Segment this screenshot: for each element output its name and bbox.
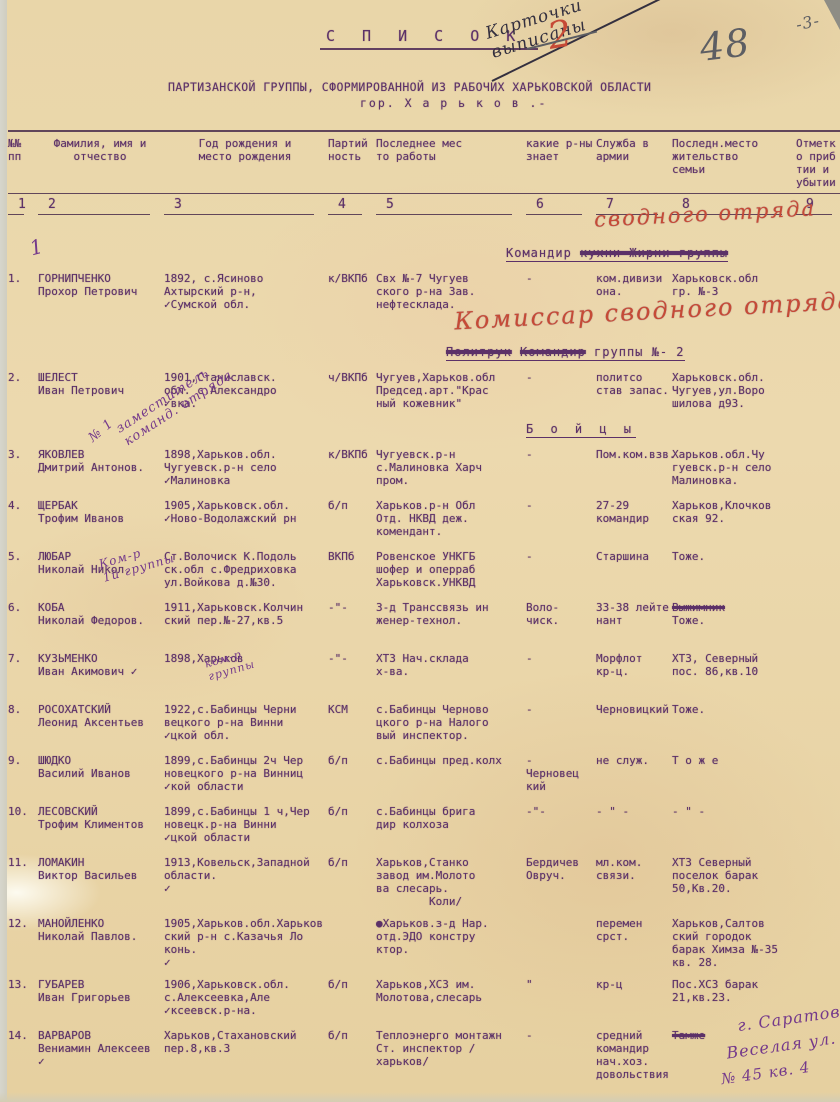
cell-col-4: к/ВКПб (328, 272, 376, 314)
cell-col-5: Харьков.р-н Обл Отд. НКВД деж. комендант… (376, 499, 526, 541)
cell-col-9 (796, 448, 840, 490)
cell-col-9 (796, 550, 840, 592)
table-row: 10.ЛЕСОВСКИЙ Трофим Климентов1899,с.Баби… (8, 805, 840, 847)
table-row: 8.РОСОХАТСКИЙ Леонид Аксентьев1922,с.Баб… (8, 703, 840, 745)
column-number-5: 5 (376, 195, 526, 216)
cell-col-3: 1922,с.Бабинцы Черни вецкого р-на Винни … (164, 703, 328, 745)
cell-col-4: б/п (328, 856, 376, 908)
scanned-document-page: С П И С О К ПАРТИЗАНСКОЙ ГРУППЫ, СФОРМИР… (0, 0, 840, 1102)
cell-col-3: 1913,Ковельск,Западной области. ✓ (164, 856, 328, 908)
column-header-5: Последнее мес то работы (376, 137, 526, 189)
cell-col-2: ЛЕСОВСКИЙ Трофим Климентов (38, 805, 164, 847)
cell-col-5: З-д Транссвязь ин женер-технол. (376, 601, 526, 643)
cell-col-3: 1911,Харьковск.Колчин ский пер.№-27,кв.5 (164, 601, 328, 643)
cell-col-9 (796, 1029, 840, 1081)
cell-col-7: - " - (596, 805, 672, 847)
cell-col-9 (796, 703, 840, 745)
cell-col-7: Морфлот кр-ц. (596, 652, 672, 694)
cell-col-4: б/п (328, 754, 376, 796)
section-heading: Б о й ц ы (526, 422, 840, 438)
cell-col-4 (328, 917, 376, 969)
cell-col-4: б/п (328, 1029, 376, 1081)
cell-col-2: ЛОМАКИН Виктор Васильев (38, 856, 164, 908)
column-header-8: Последн.место жительство семьи (672, 137, 796, 189)
column-number-4: 4 (328, 195, 376, 216)
table-row: 6.КОБА Николай Федоров.1911,Харьковск.Ко… (8, 601, 840, 643)
cell-col-6: - (526, 1029, 596, 1081)
cell-col-6: - (526, 371, 596, 413)
cell-col-2: ШЕЛЕСТ Иван Петрович (38, 371, 164, 413)
cell-col-7: не служ. (596, 754, 672, 796)
table-row: 9.ШЮДКО Василий Иванов1899,с.Бабинцы 2ч … (8, 754, 840, 796)
cell-col-7: Пом.ком.взв. (596, 448, 672, 490)
cell-col-4: к/ВКПб (328, 448, 376, 490)
document-subtitle: ПАРТИЗАНСКОЙ ГРУППЫ, СФОРМИРОВАННОЙ ИЗ Р… (168, 80, 840, 94)
column-number-3: 3 (164, 195, 328, 216)
cell-col-4: -"- (328, 601, 376, 643)
table-row: 13.ГУБАРЕВ Иван Григорьев1906,Харьковск.… (8, 978, 840, 1020)
section-heading: Комиссар сводного отрядаПолитрук Команди… (446, 323, 840, 361)
cell-col-9 (796, 601, 840, 643)
cell-col-2: РОСОХАТСКИЙ Леонид Аксентьев (38, 703, 164, 745)
cell-col-9 (796, 652, 840, 694)
cell-col-8: Тамже (672, 1029, 796, 1081)
cell-col-1: 13. (8, 978, 38, 1020)
cell-col-3: Ст.Волочиск К.Подоль ск.обл с.Фредриховк… (164, 550, 328, 592)
cell-col-3: 1905,Харьковск.обл. ✓Ново-Водолажский рн (164, 499, 328, 541)
cell-col-9 (796, 754, 840, 796)
cell-col-4: ч/ВКПб (328, 371, 376, 413)
cell-col-5: Харьков,ХСЗ им. Молотова,слесарь (376, 978, 526, 1020)
document-title: С П И С О К (320, 27, 538, 50)
cell-col-7: средний командир нач.хоз. довольствия (596, 1029, 672, 1081)
section-heading-text: Политрук Командир группы №- 2 (446, 345, 685, 361)
cell-col-4: б/п (328, 805, 376, 847)
cell-col-3: 1898,Харьков (164, 652, 328, 694)
cell-col-7: мл.ком. связи. (596, 856, 672, 908)
section-heading-text: Б о й ц ы (526, 422, 636, 438)
cell-col-3: 1906,Харьковск.обл. с.Алексеевка,Але ✓кс… (164, 978, 328, 1020)
document-subtitle-city: гор. Х а р ь к о в .- (360, 96, 840, 110)
cell-col-8: Харьков,Салтов ский городок барак Химза … (672, 917, 796, 969)
cell-col-4: б/п (328, 499, 376, 541)
cell-col-4: КСМ (328, 703, 376, 745)
cell-col-8: ХТЗ, Северный пос. 86,кв.10 (672, 652, 796, 694)
cell-col-6: Бердичев Овруч. (526, 856, 596, 908)
cell-col-8: Выжимник Тоже. (672, 601, 796, 643)
cell-col-5: Харьков,Станко завод им.Молото ва слесар… (376, 856, 526, 908)
cell-col-2: ГОРНИПЧЕНКО Прохор Петрович (38, 272, 164, 314)
cell-col-2: ВАРВАРОВ Вениамин Алексеев ✓ (38, 1029, 164, 1081)
cell-col-8: Харьков.обл.Чу гуевск.р-н село Малиновка… (672, 448, 796, 490)
cell-col-6: - (526, 550, 596, 592)
cell-col-3: 1899,с.Бабинцы 1 ч,Чер новецк.р-на Винни… (164, 805, 328, 847)
cell-col-7: Черновицкий (596, 703, 672, 745)
cell-col-4: ВКПб (328, 550, 376, 592)
cell-col-1: 11. (8, 856, 38, 908)
column-header-3: Год рождения и место рождения (164, 137, 328, 189)
cell-col-3: 1892, с.Ясиново Ахтырский р-н, ✓Сумской … (164, 272, 328, 314)
table-row: 7.КУЗЬМЕНКО Иван Акимович ✓1898,Харьков-… (8, 652, 840, 694)
cell-col-5: ●Харьков.з-д Нар. отд.ЭДО констру ктор. (376, 917, 526, 969)
cell-col-6: - (526, 703, 596, 745)
cell-col-5: с.Бабинцы Черново цкого р-на Налого вый … (376, 703, 526, 745)
cell-col-1: 1. (8, 272, 38, 314)
cell-col-2: КУЗЬМЕНКО Иван Акимович ✓ (38, 652, 164, 694)
table-row: 11.ЛОМАКИН Виктор Васильев1913,Ковельск,… (8, 856, 840, 908)
cell-col-5: Чугуевск.р-н с.Малиновка Харч пром. (376, 448, 526, 490)
cell-col-3: Харьков,Стахановский пер.8,кв.3 (164, 1029, 328, 1081)
cell-col-5: Теплоэнерго монтажн Ст. инспектор /харьк… (376, 1029, 526, 1081)
cell-col-1: 12. (8, 917, 38, 969)
cell-col-1: 8. (8, 703, 38, 745)
table-body: сводного отрядаКомандир кухни Жирни груп… (8, 224, 840, 1081)
cell-col-6: - (526, 448, 596, 490)
column-header-2: Фамилия, имя и отчество (38, 137, 164, 189)
cell-col-8: ХТЗ Северный поселок барак 50,Кв.20. (672, 856, 796, 908)
cell-col-6: - Черновец кий (526, 754, 596, 796)
column-header-7: Служба в армии (596, 137, 672, 189)
cell-col-9 (796, 805, 840, 847)
cell-col-6 (526, 917, 596, 969)
table-row: 4.ЩЕРБАК Трофим Иванов1905,Харьковск.обл… (8, 499, 840, 541)
cell-col-8: Харьков,Клочков ская 92. (672, 499, 796, 541)
cell-col-2: ШЮДКО Василий Иванов (38, 754, 164, 796)
cell-col-9 (796, 856, 840, 908)
cell-col-9 (796, 978, 840, 1020)
table-header-row: №№ ппФамилия, имя и отчествоГод рождения… (8, 130, 840, 194)
cell-col-1: 14. (8, 1029, 38, 1081)
column-header-1: №№ пп (8, 137, 38, 189)
cell-col-1: 5. (8, 550, 38, 592)
cell-col-9 (796, 499, 840, 541)
cell-col-2: МАНОЙЛЕНКО Николай Павлов. (38, 917, 164, 969)
cell-col-4: б/п (328, 978, 376, 1020)
table-row: 2.ШЕЛЕСТ Иван Петрович1901,Станиславск. … (8, 371, 840, 413)
cell-col-1: 4. (8, 499, 38, 541)
cell-col-7: перемен срст. (596, 917, 672, 969)
cell-col-6: Воло- чиск. (526, 601, 596, 643)
cell-col-9 (796, 371, 840, 413)
cell-col-4: -"- (328, 652, 376, 694)
cell-col-7: 27-29 командир (596, 499, 672, 541)
table-row: 5.ЛЮБАР Николай Никол.Ст.Волочиск К.Подо… (8, 550, 840, 592)
cell-col-1: 2. (8, 371, 38, 413)
cell-col-1: 6. (8, 601, 38, 643)
cell-col-7: кр-ц (596, 978, 672, 1020)
cell-col-7: 33-38 лейте нант (596, 601, 672, 643)
column-number-1: 1 (8, 195, 38, 216)
table-row: 14.ВАРВАРОВ Вениамин Алексеев ✓Харьков,С… (8, 1029, 840, 1081)
table-row: 12.МАНОЙЛЕНКО Николай Павлов.1905,Харько… (8, 917, 840, 969)
column-header-9: Отметк о приб тии и убытии (796, 137, 840, 189)
cell-col-6: - (526, 499, 596, 541)
cell-col-7: политсо став запас. (596, 371, 672, 413)
cell-col-8: - " - (672, 805, 796, 847)
cell-col-5: Чугуев,Харьков.обл Председ.арт."Крас ный… (376, 371, 526, 413)
cell-col-9 (796, 917, 840, 969)
cell-col-8: Харьковск.обл. Чугуев,ул.Воро шилова д93… (672, 371, 796, 413)
cell-col-6: - (526, 652, 596, 694)
document-body: С П И С О К ПАРТИЗАНСКОЙ ГРУППЫ, СФОРМИР… (0, 0, 840, 1081)
column-number-2: 2 (38, 195, 164, 216)
cell-col-1: 10. (8, 805, 38, 847)
cell-col-8: Т о ж е (672, 754, 796, 796)
cell-col-8: Тоже. (672, 550, 796, 592)
cell-col-3: 1905,Харьков.обл.Харьков ский р-н с.Каза… (164, 917, 328, 969)
cell-col-2: КОБА Николай Федоров. (38, 601, 164, 643)
cell-col-5: Ровенское УНКГБ шофер и оперраб Харьковс… (376, 550, 526, 592)
cell-col-6: " (526, 978, 596, 1020)
cell-col-1: 3. (8, 448, 38, 490)
cell-col-2: ЛЮБАР Николай Никол. (38, 550, 164, 592)
cell-col-8: Тоже. (672, 703, 796, 745)
section-heading: сводного отрядаКомандир кухни Жирни груп… (506, 224, 840, 262)
cell-col-2: ЩЕРБАК Трофим Иванов (38, 499, 164, 541)
cell-col-5: ХТЗ Нач.склада х-ва. (376, 652, 526, 694)
column-header-4: Партий ность (328, 137, 376, 189)
cell-col-2: ГУБАРЕВ Иван Григорьев (38, 978, 164, 1020)
cell-col-7: Старшина (596, 550, 672, 592)
cell-col-3: 1898,Харьков.обл. Чугуевск.р-н село ✓Мал… (164, 448, 328, 490)
section-heading-text: Командир кухни Жирни группы (506, 246, 728, 262)
cell-col-1: 9. (8, 754, 38, 796)
table-row: 3.ЯКОВЛЕВ Дмитрий Антонов.1898,Харьков.о… (8, 448, 840, 490)
scan-bottom-edge (0, 1092, 840, 1102)
cell-col-2: ЯКОВЛЕВ Дмитрий Антонов. (38, 448, 164, 490)
cell-col-5: с.Бабинцы пред.колх (376, 754, 526, 796)
cell-col-6: -"- (526, 805, 596, 847)
cell-col-8: Пос.ХСЗ барак 21,кв.23. (672, 978, 796, 1020)
cell-col-1: 7. (8, 652, 38, 694)
cell-col-5: с.Бабинцы брига дир колхоза (376, 805, 526, 847)
column-header-6: какие р-ны знает (526, 137, 596, 189)
column-number-6: 6 (526, 195, 596, 216)
cell-col-3: 1899,с.Бабинцы 2ч Чер новецкого р-на Вин… (164, 754, 328, 796)
cell-col-3: 1901,Станиславск. обл. с.Александро ✓вка… (164, 371, 328, 413)
